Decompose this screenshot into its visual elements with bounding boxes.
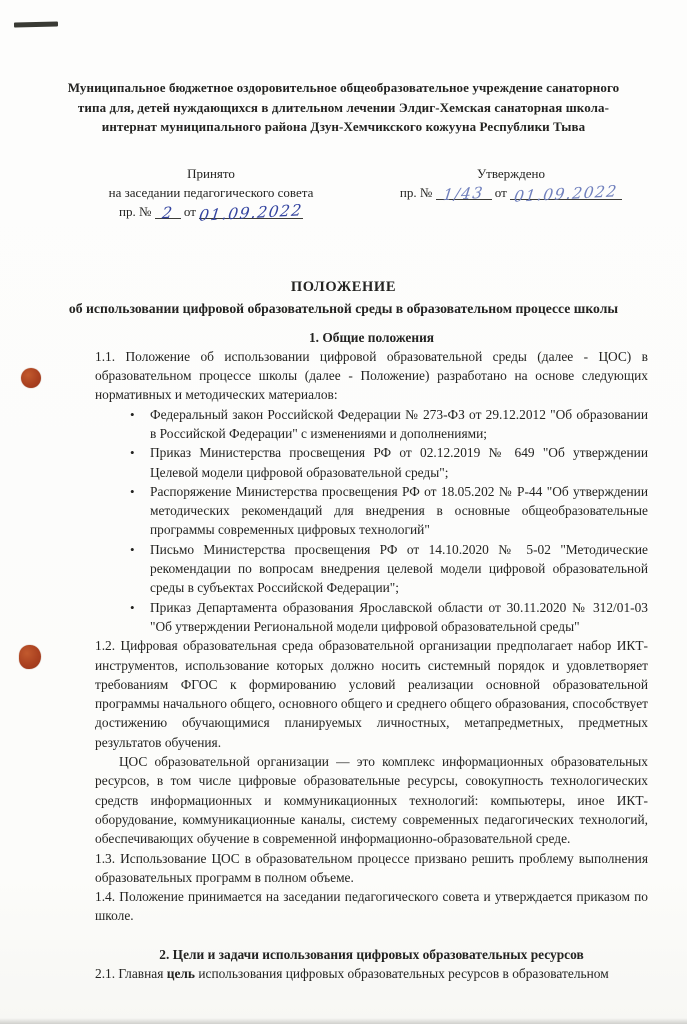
accepted-protocol-line: пр. № 2 от 01.09.2022 — [72, 202, 350, 221]
scan-artifact-mark — [14, 21, 58, 27]
accepted-protocol-prefix: пр. № — [119, 204, 151, 219]
scanned-document-page: Муниципальное бюджетное оздоровительное … — [0, 0, 687, 1024]
list-item: •Приказ Департамента образования Ярослав… — [128, 598, 648, 637]
org-name-line-3: интернат муниципального района Дзун-Хемч… — [52, 117, 635, 137]
handwritten-protocol-number: 2 — [161, 206, 174, 220]
bullet-icon: • — [130, 482, 135, 501]
approved-block: Утверждено пр. № 1/43 от 01.09.2022 — [385, 164, 637, 221]
approved-order-prefix: пр. № — [400, 185, 432, 200]
list-item: •Письмо Министерства просвещения РФ от 1… — [128, 540, 648, 598]
organization-name: Муниципальное бюджетное оздоровительное … — [52, 78, 635, 137]
document-body: 1. Общие положения 1.1. Положение об исп… — [95, 328, 648, 984]
list-item-text: Распоряжение Министерства просвещения РФ… — [150, 484, 648, 538]
accepted-block: Принято на заседании педагогического сов… — [72, 164, 350, 221]
section-2-heading: 2. Цели и задачи использования цифровых … — [95, 945, 648, 964]
bullet-icon: • — [130, 405, 135, 424]
approved-of-word: от — [495, 185, 507, 200]
document-title: ПОЛОЖЕНИЕ — [0, 277, 687, 298]
section-1-heading: 1. Общие положения — [95, 328, 648, 347]
paragraph-1-4: 1.4. Положение принимается на заседании … — [95, 887, 648, 926]
handwritten-order-number: 1/43 — [442, 186, 484, 201]
paragraph-2-1-bold-word: цель — [167, 966, 195, 981]
list-item-text: Письмо Министерства просвещения РФ от 14… — [150, 542, 648, 596]
paragraph-cos-definition: ЦОС образовательной организации — это ко… — [95, 752, 648, 848]
org-name-line-1: Муниципальное бюджетное оздоровительное … — [52, 78, 635, 98]
document-title-block: ПОЛОЖЕНИЕ об использовании цифровой обра… — [0, 277, 687, 319]
document-subtitle: об использовании цифровой образовательно… — [14, 299, 673, 319]
list-item-text: Приказ Министерства просвещения РФ от 02… — [150, 445, 648, 479]
approved-title: Утверждено — [385, 164, 637, 183]
paragraph-1-3: 1.3. Использование ЦОС в образовательном… — [95, 849, 648, 888]
handwritten-approved-date: 01.09.2022 — [513, 185, 618, 204]
approved-order-line: пр. № 1/43 от 01.09.2022 — [385, 183, 637, 202]
approval-row: Принято на заседании педагогического сов… — [72, 164, 637, 221]
list-item: •Приказ Министерства просвещения РФ от 0… — [128, 443, 648, 482]
handwritten-accepted-date: 01.09.2022 — [198, 204, 303, 223]
red-seal-dot-top — [21, 368, 41, 388]
bullet-icon: • — [130, 540, 135, 559]
accepted-date-blank: 01.09.2022 — [199, 205, 303, 219]
approved-order-number-blank: 1/43 — [436, 186, 492, 200]
accepted-protocol-number-blank: 2 — [155, 205, 181, 219]
list-item-text: Федеральный закон Российской Федерации №… — [150, 407, 648, 441]
approved-date-blank: 01.09.2022 — [510, 186, 622, 200]
list-item: •Распоряжение Министерства просвещения Р… — [128, 482, 648, 540]
accepted-title: Принято — [72, 164, 350, 183]
accepted-council-line: на заседании педагогического совета — [72, 183, 350, 202]
paragraph-2-1-prefix: 2.1. Главная — [95, 966, 167, 981]
list-item: •Федеральный закон Российской Федерации … — [128, 405, 648, 444]
paragraph-2-1: 2.1. Главная цель использования цифровых… — [95, 964, 648, 983]
bullet-icon: • — [130, 443, 135, 462]
scan-edge-shadow — [0, 1018, 687, 1024]
normative-documents-list: •Федеральный закон Российской Федерации … — [128, 405, 648, 637]
paragraph-1-1: 1.1. Положение об использовании цифровой… — [95, 347, 648, 405]
paragraph-1-2: 1.2. Цифровая образовательная среда обра… — [95, 636, 648, 752]
accepted-of-word: от — [184, 204, 196, 219]
bullet-icon: • — [130, 598, 135, 617]
paragraph-2-1-suffix: использования цифровых образовательных р… — [195, 966, 609, 981]
list-item-text: Приказ Департамента образования Ярославс… — [150, 600, 648, 634]
org-name-line-2: типа для, детей нуждающихся в длительном… — [52, 98, 635, 118]
red-seal-dot-bottom — [19, 645, 41, 669]
